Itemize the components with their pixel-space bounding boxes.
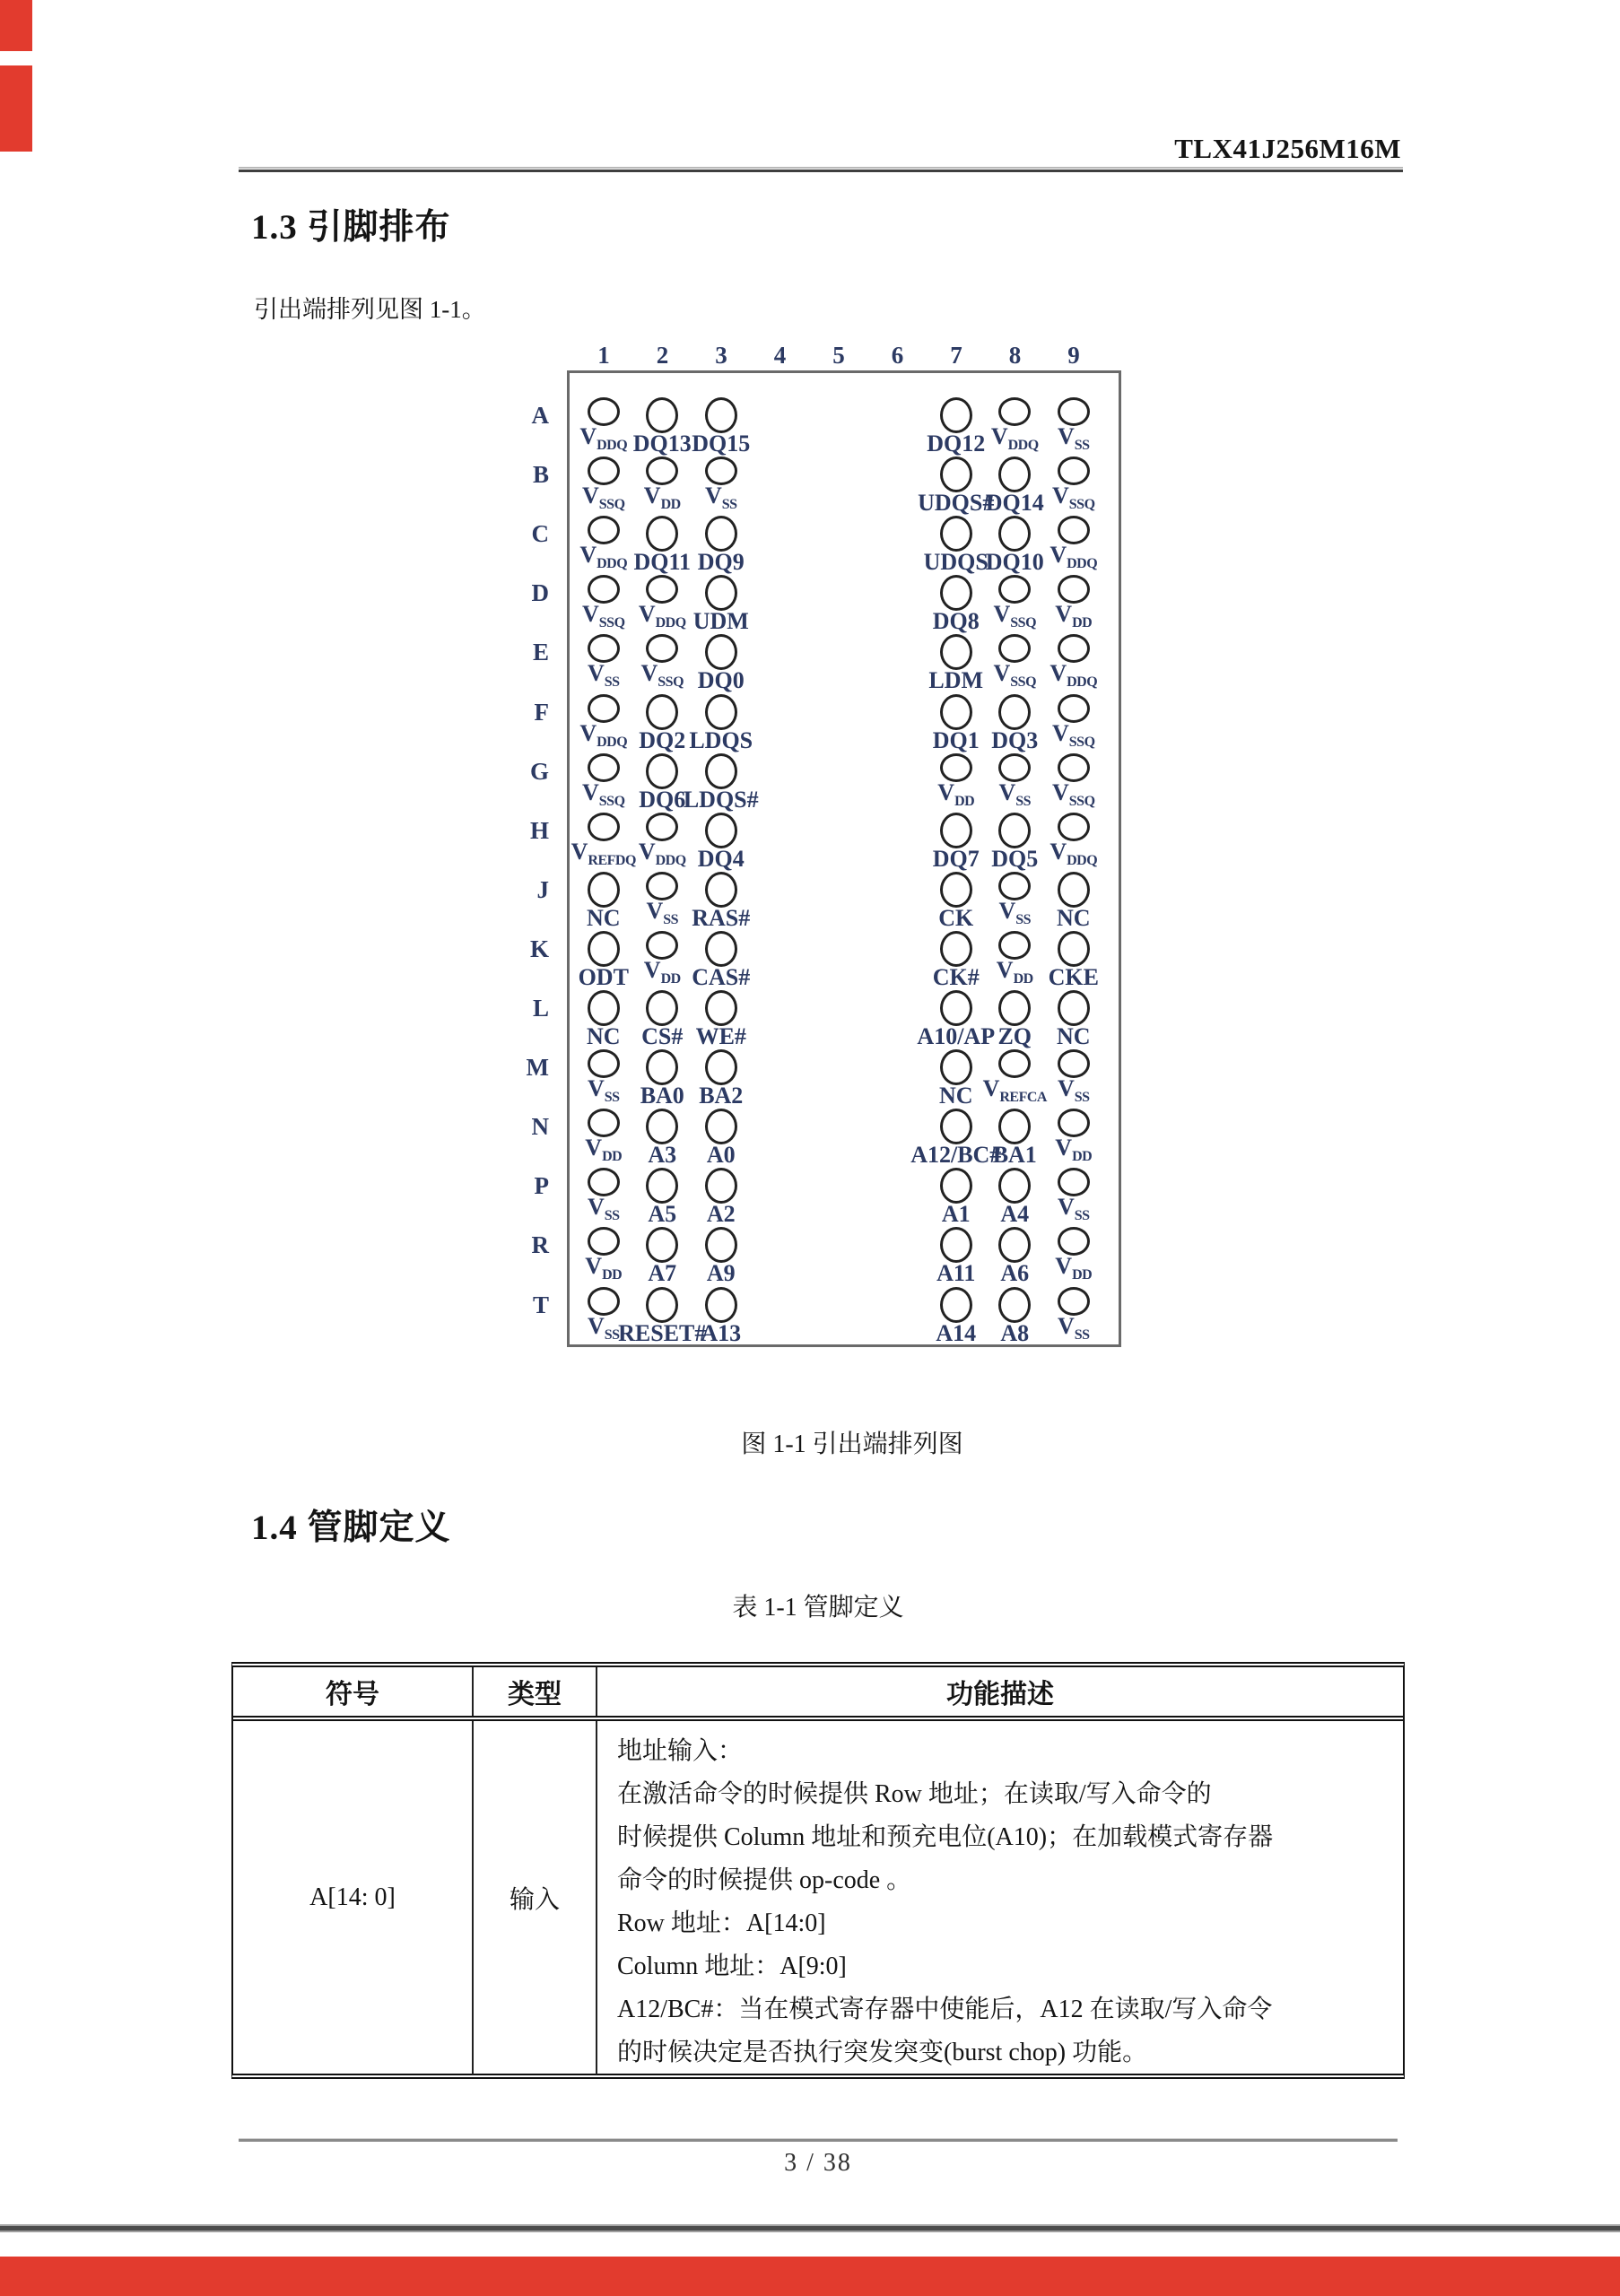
pin-ball-icon [705,753,737,789]
red-edge-mark-top [0,0,32,51]
pin-cell: DQ3 [986,694,1045,753]
pin-ball-icon [646,1049,678,1085]
pin-label: VSS [588,662,620,693]
pin-ball-icon [998,1168,1031,1204]
row-letter: P [495,1173,549,1198]
pin-label: A11 [936,1262,975,1284]
pin-row: VSSQVDDQUDMDQ8VSSQVDD [570,575,1119,634]
pin-ball-icon [588,516,620,544]
pin-row: VDDA3A0A12/BC#BA1VDD [570,1109,1119,1168]
pin-ball-icon [588,1049,620,1078]
pin-label: VDDQ [1050,662,1097,693]
intro-text: 引出端排列见图 1-1。 [254,290,486,325]
pin-label: VDDQ [579,544,627,575]
pin-label: CK [938,907,973,929]
pin-cell [868,872,928,931]
pin-ball-icon [1058,813,1090,841]
pin-cell: UDQS [927,516,986,575]
pin-label: A9 [707,1262,736,1284]
pin-ball-icon [998,457,1031,492]
pin-ball-icon [588,634,620,663]
pin-ball-icon [998,872,1031,900]
row-letter: G [495,759,549,784]
pin-cell: CKE [1044,931,1103,990]
pin-ball-icon [940,1168,972,1204]
diagram-box: VDDQDQ13DQ15DQ12VDDQVSSVSSQVDDVSSUDQS#DQ… [567,370,1121,1347]
pin-ball-icon [940,397,972,433]
pin-label: DQ4 [698,848,745,870]
column-number: 5 [821,342,857,370]
pin-label: WE# [696,1025,746,1048]
pin-cell [751,457,810,516]
pin-ball-icon [588,931,620,967]
pin-cell: VDD [574,1227,633,1286]
pin-cell: VSS [692,457,751,516]
symbol-cell: A[14: 0] [233,1721,474,2074]
row-letter: E [495,639,549,665]
pin-label: DQ0 [698,669,745,691]
pin-cell: A9 [692,1227,751,1286]
pin-ball-icon [998,634,1031,663]
pin-cell: VSS [574,634,633,693]
page-number: 3 / 38 [231,2149,1405,2178]
pin-label: A6 [1000,1262,1029,1284]
pin-cell: RAS# [692,872,751,931]
pin-ball-icon [588,990,620,1026]
pin-ball-icon [705,1168,737,1204]
pin-cell [868,931,928,990]
pin-ball-icon [998,1227,1031,1263]
pin-label: DQ13 [633,432,692,455]
pin-cell: CAS# [692,931,751,990]
pin-label: DQ10 [986,551,1044,573]
pin-label: VSS [588,1196,620,1227]
pin-label: DQ2 [639,729,685,752]
header-cell-symbol: 符号 [233,1667,474,1716]
pin-cell [868,1227,928,1286]
pin-label: NC [1057,1025,1091,1048]
column-number: 2 [645,342,681,370]
pin-ball-icon [1058,457,1090,485]
pin-ball-icon [705,516,737,552]
row-letter: D [495,580,549,605]
pin-cell: VDDQ [1044,516,1103,575]
pin-ball-icon [940,694,972,730]
pin-ball-icon [646,753,678,789]
column-number: 9 [1056,342,1092,370]
pin-label: UDQS# [918,491,994,514]
pin-ball-icon [998,1049,1031,1078]
pin-ball-icon [998,753,1031,782]
pin-ball-icon [1058,872,1090,908]
pin-cell [868,1168,928,1227]
pin-label: CKE [1049,966,1099,988]
row-letter: R [495,1232,549,1257]
pin-label: VSSQ [640,662,684,693]
column-number: 6 [880,342,916,370]
pin-cell: VSSQ [1044,753,1103,813]
pin-ball-icon [588,1168,620,1196]
pin-label: VSS [705,484,737,516]
pin-ball-icon [1058,575,1090,604]
pin-cell: DQ12 [927,397,986,457]
pin-row: VDDQDQ11DQ9UDQSDQ10VDDQ [570,516,1119,575]
pin-label: A8 [1000,1322,1029,1344]
row-letter: F [495,700,549,725]
pin-ball-icon [1058,1109,1090,1137]
pin-cell [868,1049,928,1109]
pin-row: NCVSSRAS#CKVSSNC [570,872,1119,931]
datasheet-page: TLX41J256M16M 1.3 引脚排布 引出端排列见图 1-1。 1234… [0,0,1620,2296]
pin-cell [809,1168,868,1227]
pin-ball-icon [646,575,678,604]
pin-cell: ODT [574,931,633,990]
pin-cell [751,1287,810,1346]
pin-ball-icon [705,872,737,908]
pin-cell: DQ2 [633,694,692,753]
pin-ball-icon [705,990,737,1026]
pin-ball-icon [940,1287,972,1323]
pin-label: VSSQ [993,662,1036,693]
pin-row: VSSQVDDVSSUDQS#DQ14VSSQ [570,457,1119,516]
pin-cell: VSSQ [1044,694,1103,753]
pin-cell: VDD [1044,575,1103,634]
pin-ball-icon [705,575,737,611]
pin-label: VDDQ [1050,544,1097,575]
pin-cell [751,634,810,693]
table-caption: 表 1-1 管脚定义 [231,1587,1405,1623]
pin-row: VSSQDQ6LDQS#VDDVSSVSSQ [570,753,1119,813]
pin-cell [809,694,868,753]
pin-cell: VDD [574,1109,633,1168]
description-line: 命令的时候提供 op-code 。 [617,1859,1385,1902]
pin-label: A0 [707,1144,736,1166]
pin-cell: A8 [986,1287,1045,1346]
pin-label: DQ9 [698,551,745,573]
pin-cell: VDD [1044,1109,1103,1168]
pin-ball-icon [646,634,678,663]
pin-ball-icon [940,634,972,670]
pin-cell: A11 [927,1227,986,1286]
pin-cell: VSS [633,872,692,931]
pin-ball-icon [1058,1168,1090,1196]
pin-cell [809,575,868,634]
pin-ball-icon [940,575,972,611]
pin-cell: VSS [1044,397,1103,457]
pin-cell: VDD [633,931,692,990]
pin-cell: VDD [986,931,1045,990]
pin-row: VDDA7A9A11A6VDD [570,1227,1119,1286]
pin-label: NC [587,1025,621,1048]
pin-cell: VSS [1044,1049,1103,1109]
pin-cell [809,872,868,931]
pin-ball-icon [1058,634,1090,663]
pin-ball-icon [998,813,1031,848]
row-letter: B [495,462,549,487]
pin-cell: DQ11 [633,516,692,575]
pin-cell: VDDQ [574,397,633,457]
pin-cell: DQ14 [986,457,1045,516]
document-title: TLX41J256M16M [239,133,1401,165]
pin-label: LDQS [689,729,753,752]
pin-ball-icon [705,634,737,670]
pin-label: VSS [588,1315,620,1346]
pin-label: DQ11 [633,551,691,573]
row-letter: C [495,521,549,546]
pin-ball-icon [940,931,972,967]
pin-cell: NC [574,872,633,931]
pin-label: A10/AP [917,1025,995,1048]
pin-cell: VDDQ [986,397,1045,457]
pin-label: VSSQ [582,484,625,516]
pin-ball-icon [588,457,620,485]
pin-label: A2 [707,1203,736,1225]
pin-cell: VREFDQ [574,813,633,872]
pin-cell [751,1168,810,1227]
pin-cell [751,694,810,753]
pin-row: VREFDQVDDQDQ4DQ7DQ5VDDQ [570,813,1119,872]
footer-rule [239,2138,1398,2142]
pin-cell: LDQS [692,694,751,753]
pin-ball-icon [646,872,678,900]
pin-ball-icon [646,1109,678,1144]
pin-ball-icon [940,1109,972,1144]
pin-label: NC [587,907,621,929]
pin-cell: NC [1044,990,1103,1049]
pin-ball-icon [998,1287,1031,1323]
pin-ball-icon [998,397,1031,426]
pin-ball-icon [998,931,1031,960]
pin-cell: A2 [692,1168,751,1227]
pin-ball-icon [646,1227,678,1263]
pin-cell: DQ9 [692,516,751,575]
pin-label: VSSQ [582,781,625,813]
pin-label: A13 [701,1322,741,1344]
pin-ball-icon [588,397,620,426]
pin-label: VDD [1055,1255,1092,1286]
pin-ball-icon [1058,397,1090,426]
pin-ball-icon [588,753,620,782]
pin-ball-icon [705,813,737,848]
pin-ball-icon [705,694,737,730]
row-letter: N [495,1114,549,1139]
pin-label: VDDQ [579,722,627,753]
pin-cell: BA2 [692,1049,751,1109]
pin-cell: VDDQ [1044,813,1103,872]
pin-cell: A4 [986,1168,1045,1227]
pin-cell: VDD [927,753,986,813]
pin-ball-icon [998,575,1031,604]
pin-ball-icon [940,753,972,782]
pin-cell [751,990,810,1049]
row-letter: K [495,936,549,961]
pin-cell [868,694,928,753]
pin-ball-icon [1058,1049,1090,1078]
pin-label: VSS [998,900,1031,931]
pin-label: VSSQ [1052,781,1095,813]
pin-label: VDD [644,959,681,990]
pin-label: UDQS [924,551,989,573]
pin-ball-icon [705,1109,737,1144]
pin-cell: VSSQ [574,753,633,813]
pin-row: VDDQDQ13DQ15DQ12VDDQVSS [570,397,1119,457]
pin-cell [751,1109,810,1168]
pin-label: RAS# [692,907,750,929]
pin-cell: DQ7 [927,813,986,872]
pin-ball-icon [998,990,1031,1026]
pin-label: DQ7 [933,848,980,870]
pin-cell: ZQ [986,990,1045,1049]
description-line: Column 地址：A[9:0] [617,1945,1385,1988]
pin-cell: A0 [692,1109,751,1168]
pin-label: ODT [579,966,629,988]
pin-ball-icon [588,1227,620,1256]
pin-ball-icon [588,575,620,604]
pin-cell: VSS [986,872,1045,931]
pin-cell: NC [927,1049,986,1109]
pin-ball-icon [588,872,620,908]
pin-ball-icon [1058,753,1090,782]
pin-ball-icon [705,1049,737,1085]
pin-cell: VSSQ [986,575,1045,634]
description-line: A12/BC#：当在模式寄存器中使能后，A12 在读取/写入命令 [617,1988,1385,2031]
pin-label: VDDQ [639,840,686,872]
pin-label: VDDQ [639,603,686,634]
pin-ball-icon [998,516,1031,552]
description-line: Row 地址：A[14:0] [617,1902,1385,1945]
pin-row: VSSBA0BA2NCVREFCAVSS [570,1049,1119,1109]
pin-cell: A13 [692,1287,751,1346]
pin-ball-icon [940,1227,972,1263]
pin-cell [751,575,810,634]
pin-cell: A10/AP [927,990,986,1049]
pin-ball-icon [646,1168,678,1204]
section-1-4-heading: 1.4 管脚定义 [251,1500,451,1550]
pin-label: A5 [648,1203,676,1225]
pin-cell: WE# [692,990,751,1049]
pin-cell [751,397,810,457]
pin-ball-icon [646,813,678,841]
pin-ball-icon [940,990,972,1026]
pin-label: VREFCA [983,1077,1047,1109]
pin-label: VSS [998,781,1031,813]
pin-cell: UDQS# [927,457,986,516]
pin-ball-icon [1058,1227,1090,1256]
pin-cell: VSSQ [574,457,633,516]
pin-cell: VREFCA [986,1049,1045,1109]
pin-label: VSSQ [993,603,1036,634]
pin-label: DQ6 [639,788,685,811]
pin-cell: NC [574,990,633,1049]
row-letter: M [495,1055,549,1080]
description-line: 在激活命令的时候提供 Row 地址；在读取/写入命令的 [617,1773,1385,1816]
header-cell-description: 功能描述 [597,1667,1403,1716]
pin-ball-icon [705,1287,737,1323]
pin-label: A4 [1000,1203,1029,1225]
footer-bar [0,2224,1620,2232]
pin-ball-icon [940,813,972,848]
pin-cell: DQ10 [986,516,1045,575]
pin-cell [809,634,868,693]
column-number: 7 [938,342,974,370]
pin-label: VDD [585,1136,622,1168]
row-letter: T [495,1292,549,1318]
pin-ball-icon [998,694,1031,730]
pin-cell: VSS [574,1049,633,1109]
pin-label: DQ12 [927,432,985,455]
pin-cell: UDM [692,575,751,634]
pin-label: A1 [942,1203,971,1225]
row-letter: J [495,877,549,902]
pin-ball-icon [646,990,678,1026]
pin-label: DQ8 [933,610,980,632]
pin-label: LDM [928,669,983,691]
pin-cell: NC [1044,872,1103,931]
pin-label: VSS [588,1077,620,1109]
pin-cell: VDD [633,457,692,516]
description-line: 地址输入： [617,1730,1385,1773]
table-body-row: A[14: 0] 输入 地址输入：在激活命令的时候提供 Row 地址；在读取/写… [233,1721,1403,2074]
pin-cell: RESET# [633,1287,692,1346]
pin-cell [809,1109,868,1168]
pin-label: VDD [644,484,681,516]
pin-cell: A14 [927,1287,986,1346]
column-number: 4 [762,342,798,370]
row-letter: L [495,996,549,1021]
pin-ball-icon [588,694,620,723]
pin-ball-icon [1058,990,1090,1026]
pin-ball-icon [940,872,972,908]
column-number: 8 [997,342,1033,370]
pin-cell: BA0 [633,1049,692,1109]
pin-cell: VSS [1044,1168,1103,1227]
pin-cell: CS# [633,990,692,1049]
pin-label: BA0 [640,1084,684,1107]
pin-cell [868,1287,928,1346]
pin-label: CK# [933,966,980,988]
pin-cell [809,1287,868,1346]
pin-label: VSSQ [1052,722,1095,753]
pin-cell: A7 [633,1227,692,1286]
pin-label: DQ3 [991,729,1038,752]
pin-cell: LDM [927,634,986,693]
description-line: 时候提供 Column 地址和预充电位(A10)；在加载模式寄存器 [617,1816,1385,1859]
pin-cell [809,1227,868,1286]
column-number: 1 [586,342,622,370]
pin-cell: DQ15 [692,397,751,457]
pin-label: VSS [1058,1196,1090,1227]
pin-cell [751,516,810,575]
pin-ball-icon [705,397,737,433]
pin-label: VDD [1055,1136,1092,1168]
pin-ball-icon [705,1227,737,1263]
pin-label: BA1 [993,1144,1037,1166]
pin-label: VDD [1055,603,1092,634]
pin-ball-icon [705,457,737,485]
pin-ball-icon [646,1287,678,1323]
pin-cell [809,397,868,457]
pin-cell: VSS [1044,1287,1103,1346]
pin-label: ZQ [997,1025,1032,1048]
red-bottom-bar [0,2257,1620,2296]
pin-cell [751,931,810,990]
pin-ball-icon [998,1109,1031,1144]
pin-label: DQ15 [692,432,750,455]
pin-ball-icon [646,516,678,552]
pin-cell [809,990,868,1049]
pin-cell: A3 [633,1109,692,1168]
pin-cell [809,516,868,575]
